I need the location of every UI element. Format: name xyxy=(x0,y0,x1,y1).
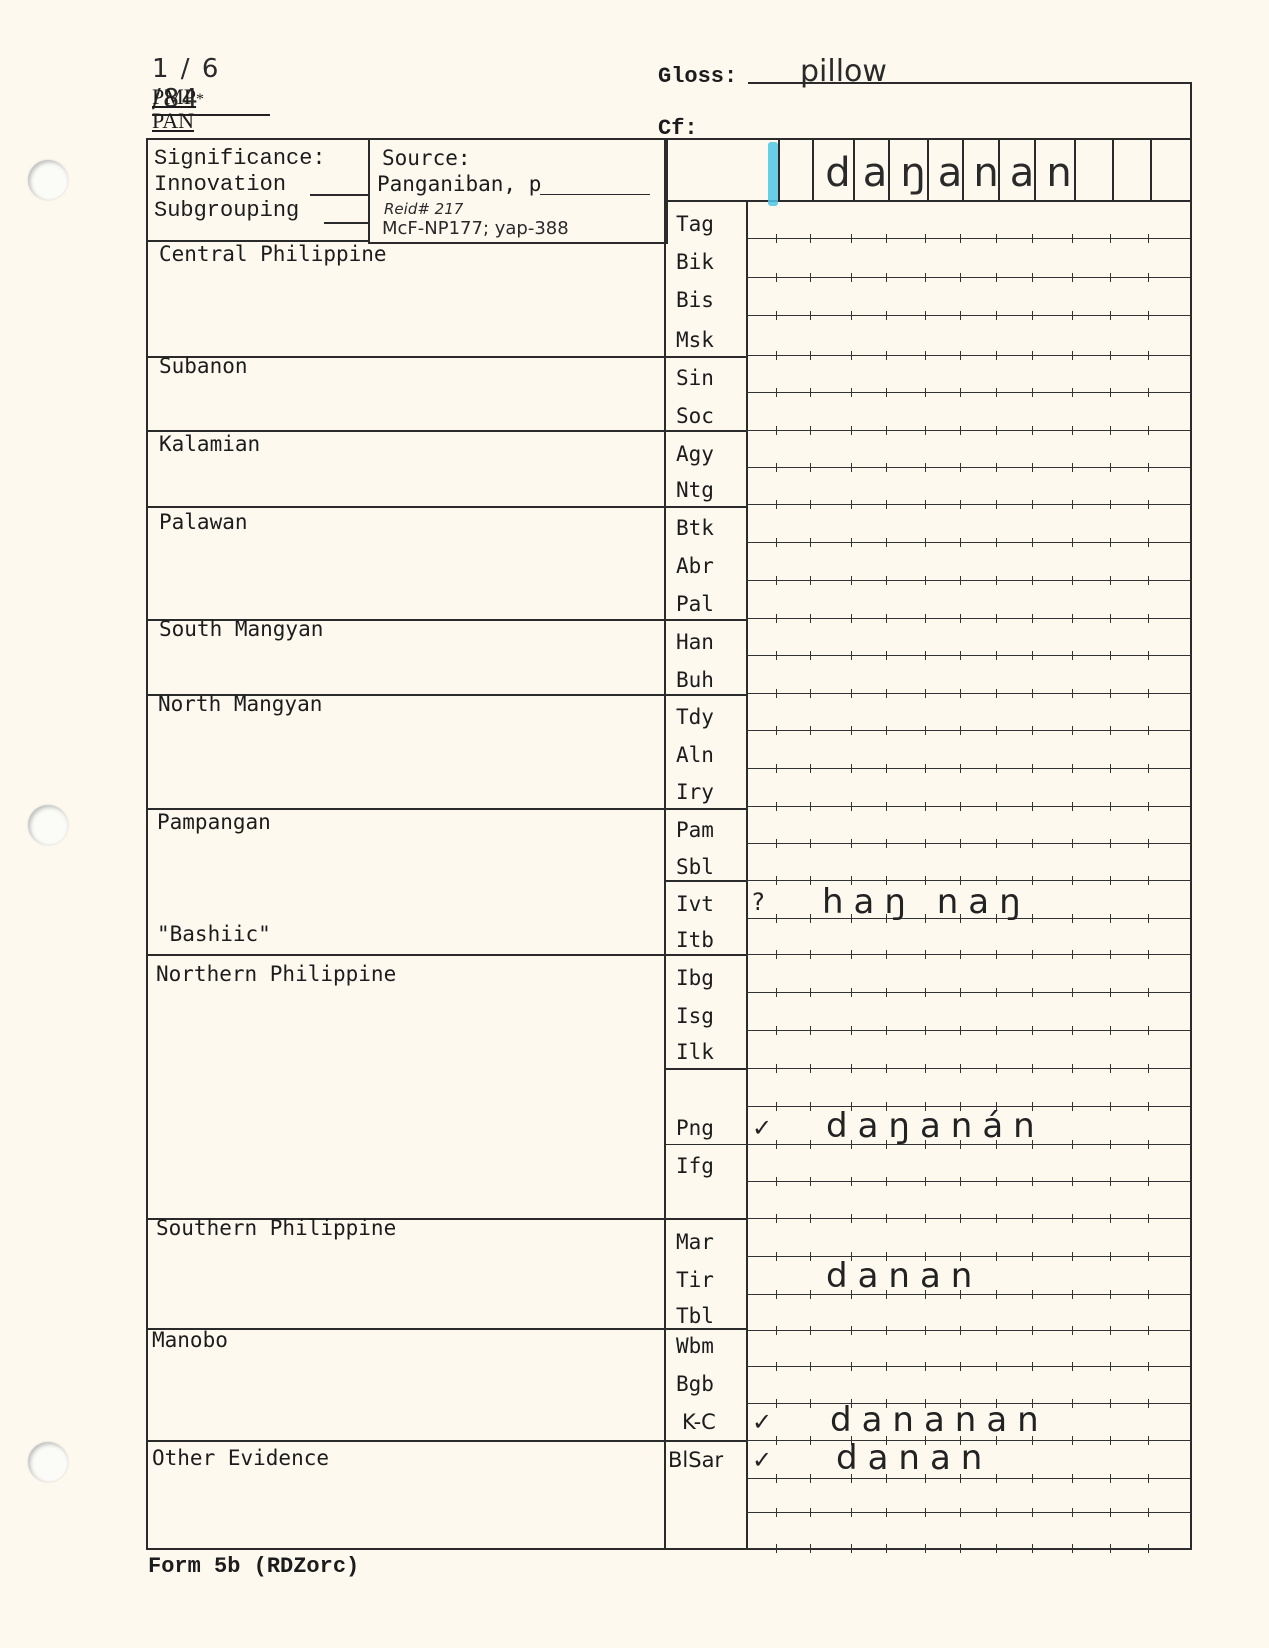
lang-bis: Bis xyxy=(676,288,736,312)
lang-png: Png xyxy=(676,1116,736,1140)
lang-pal: Pal xyxy=(676,592,736,616)
grid-col-divider xyxy=(1190,138,1192,200)
entry-line[interactable] xyxy=(746,843,1190,844)
group-manobo: Manobo xyxy=(152,1328,228,1352)
entry-line[interactable] xyxy=(746,1181,1190,1182)
lang-aln: Aln xyxy=(676,743,736,767)
lang-sbl: Sbl xyxy=(676,855,736,879)
entry-line[interactable] xyxy=(746,1330,1190,1331)
group-other-evidence: Other Evidence xyxy=(152,1446,329,1470)
group-divider xyxy=(664,1144,746,1145)
group-kalamian: Kalamian xyxy=(159,432,260,456)
group-pampangan: Pampangan xyxy=(157,810,271,834)
right-border xyxy=(1190,200,1192,1548)
level-pmp-label: PMP xyxy=(152,84,196,109)
lang-btk: Btk xyxy=(676,516,736,540)
lang-tag: Tag xyxy=(676,212,736,236)
group-divider xyxy=(146,954,746,956)
lang-soc: Soc xyxy=(676,404,736,428)
lang-tir: Tir xyxy=(676,1268,736,1292)
entry-line[interactable] xyxy=(746,1512,1190,1513)
lang-ivt: Ivt xyxy=(676,892,736,916)
entry-line[interactable] xyxy=(746,768,1190,769)
lang-tdy: Tdy xyxy=(676,705,736,729)
lang-kc: K-C xyxy=(682,1410,742,1434)
entry-line[interactable] xyxy=(746,467,1190,468)
blsar-check-icon: ✓ xyxy=(752,1446,772,1474)
entry-line[interactable] xyxy=(746,1366,1190,1367)
left-border xyxy=(146,238,148,1548)
entry-line[interactable] xyxy=(746,430,1190,431)
group-southern-philippine: Southern Philippine xyxy=(156,1216,396,1240)
innovation-blank[interactable] xyxy=(310,194,368,196)
letter: n xyxy=(1040,150,1078,196)
entry-line[interactable] xyxy=(746,238,1190,239)
gloss-underline xyxy=(748,82,1192,84)
ivt-question-mark: ? xyxy=(752,888,765,916)
asterisk: * xyxy=(196,91,204,108)
blsar-form: danan xyxy=(836,1438,992,1478)
lang-ifg: Ifg xyxy=(676,1154,736,1178)
lang-iry: Iry xyxy=(676,780,736,804)
lang-bik: Bik xyxy=(676,250,736,274)
lang-sin: Sin xyxy=(676,366,736,390)
gloss-box-right xyxy=(1190,82,1192,140)
lang-col-left xyxy=(664,138,666,1548)
png-form: daŋanán xyxy=(826,1106,1045,1146)
lang-wbm: Wbm xyxy=(676,1334,736,1358)
gloss-label: Gloss: xyxy=(658,64,737,89)
entry-line[interactable] xyxy=(746,315,1190,316)
subgrouping-label: Subgrouping xyxy=(154,198,299,223)
lang-itb: Itb xyxy=(676,928,736,952)
entry-line[interactable] xyxy=(746,954,1190,955)
entry-line[interactable] xyxy=(746,730,1190,731)
entry-line[interactable] xyxy=(746,1478,1190,1479)
png-check-icon: ✓ xyxy=(752,1114,772,1142)
entry-line[interactable] xyxy=(746,1068,1190,1069)
subgrouping-blank[interactable] xyxy=(324,222,368,224)
reconstruction-highlight xyxy=(768,142,778,206)
lang-mar: Mar xyxy=(676,1230,736,1254)
lang-msk: Msk xyxy=(676,328,736,352)
punch-hole-bottom xyxy=(28,1442,68,1482)
entry-line[interactable] xyxy=(746,355,1190,356)
lang-han: Han xyxy=(676,630,736,654)
lang-ibg: Ibg xyxy=(676,966,736,990)
group-south-mangyan: South Mangyan xyxy=(159,617,323,641)
group-subanon: Subanon xyxy=(159,354,248,378)
source-label: Source: xyxy=(382,146,471,170)
entry-line[interactable] xyxy=(746,693,1190,694)
letter: a xyxy=(856,150,894,196)
entry-line[interactable] xyxy=(746,1218,1190,1219)
letter: a xyxy=(932,150,968,196)
innovation-label: Innovation xyxy=(154,172,286,197)
significance-label: Significance: xyxy=(154,146,326,171)
grid-col-divider xyxy=(1150,138,1152,200)
entry-line[interactable] xyxy=(746,880,1190,881)
punch-hole-middle xyxy=(28,805,68,845)
entry-line[interactable] xyxy=(746,1548,1190,1549)
group-divider xyxy=(146,1328,746,1330)
group-divider xyxy=(146,506,746,508)
source-value: Panganiban, p xyxy=(377,172,541,196)
entry-line[interactable] xyxy=(746,504,1190,505)
lang-ntg: Ntg xyxy=(676,478,736,502)
level-pan: PAN xyxy=(152,108,194,134)
lang-blsar: BlSar xyxy=(668,1448,728,1472)
entry-line[interactable] xyxy=(746,806,1190,807)
tir-form: danan xyxy=(826,1256,982,1296)
group-divider xyxy=(146,1440,746,1442)
letter: n xyxy=(968,150,1004,196)
lang-col-right xyxy=(746,200,748,1548)
group-north-mangyan: North Mangyan xyxy=(158,692,322,716)
entry-line[interactable] xyxy=(746,618,1190,619)
level-pmp: PMP* xyxy=(152,84,204,110)
entry-line[interactable] xyxy=(746,992,1190,993)
entry-line[interactable] xyxy=(746,392,1190,393)
group-divider xyxy=(664,880,746,882)
lang-tbl: Tbl xyxy=(676,1304,736,1328)
source-note-mcf: McF-NP177; yap-388 xyxy=(382,218,569,239)
grid-col-divider xyxy=(812,138,814,200)
entry-line[interactable] xyxy=(746,542,1190,543)
group-central-philippine: Central Philippine xyxy=(159,242,387,266)
lang-buh: Buh xyxy=(676,668,736,692)
lang-abr: Abr xyxy=(676,554,736,578)
group-northern-philippine: Northern Philippine xyxy=(156,962,396,986)
source-note-reid: Reid# 217 xyxy=(384,200,463,218)
lang-bgb: Bgb xyxy=(676,1372,736,1396)
letter: d xyxy=(820,150,856,196)
group-palawan: Palawan xyxy=(159,510,248,534)
entry-line[interactable] xyxy=(746,655,1190,656)
entry-line[interactable] xyxy=(746,1030,1190,1031)
punch-hole-top xyxy=(28,160,68,200)
reconstruction-form: d a ŋ a n a n xyxy=(820,150,1078,196)
kc-form: dananan xyxy=(830,1400,1049,1440)
group-divider xyxy=(664,1068,746,1070)
ivt-form: haŋ naŋ xyxy=(822,882,1031,922)
letter: ŋ xyxy=(894,150,932,196)
lang-isg: Isg xyxy=(676,1004,736,1028)
group-bashiic: "Bashiic" xyxy=(157,922,271,946)
grid-col-divider xyxy=(778,138,780,200)
lang-agy: Agy xyxy=(676,442,736,466)
form-label: Form 5b (RDZorc) xyxy=(148,1554,359,1579)
grid-col-divider xyxy=(1112,138,1114,200)
entry-line[interactable] xyxy=(746,580,1190,581)
lang-pam: Pam xyxy=(676,818,736,842)
kc-check-icon: ✓ xyxy=(752,1408,772,1436)
source-blank[interactable] xyxy=(540,194,650,195)
letter: a xyxy=(1004,150,1040,196)
lang-ilk: Ilk xyxy=(676,1040,736,1064)
entry-line[interactable] xyxy=(746,277,1190,278)
grid-header-bottom xyxy=(664,200,1192,202)
